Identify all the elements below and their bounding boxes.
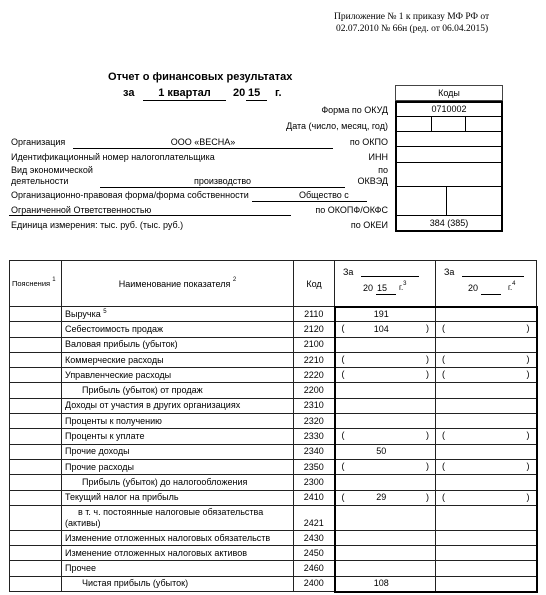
indicator-name: Себестоимость продаж — [62, 322, 294, 337]
previous-period-value[interactable]: () — [436, 352, 537, 367]
col2-year-prefix: 20 — [468, 283, 478, 293]
period-underline — [143, 100, 226, 101]
indicator-name: Проценты к уплате — [62, 429, 294, 444]
previous-period-value[interactable]: () — [436, 429, 537, 444]
indicator-code: 2200 — [294, 383, 335, 398]
current-period-value[interactable]: () — [335, 368, 436, 383]
table-row: Себестоимость продаж2120()104() — [10, 322, 537, 337]
previous-period-value[interactable]: () — [436, 459, 537, 474]
okud-label: Форма по ОКУД — [321, 105, 388, 115]
table-row: Чистая прибыль (убыток)2400108 — [10, 576, 537, 591]
inn-label: Идентификационный номер налогоплательщик… — [11, 152, 215, 162]
notes-cell[interactable] — [10, 444, 62, 459]
cell-value: 29 — [376, 492, 386, 502]
report-year: 15 — [248, 87, 260, 99]
paren-open: ( — [342, 491, 345, 504]
notes-cell[interactable] — [10, 576, 62, 591]
indicator-code: 2110 — [294, 307, 335, 322]
date-label: Дата (число, месяц, год) — [286, 121, 388, 131]
current-period-value[interactable]: 50 — [335, 444, 436, 459]
inn-code-label: ИНН — [369, 152, 388, 162]
table-row: Доходы от участия в других организациях2… — [10, 398, 537, 413]
indicator-name: Проценты к получению — [62, 414, 294, 429]
codes-frame — [395, 101, 503, 232]
previous-period-value[interactable] — [436, 398, 537, 413]
year-underline — [246, 100, 267, 101]
notes-cell[interactable] — [10, 414, 62, 429]
previous-period-value[interactable] — [436, 414, 537, 429]
date-month-cell[interactable] — [465, 116, 466, 131]
paren-close: ) — [426, 491, 429, 504]
previous-period-value[interactable] — [436, 444, 537, 459]
indicator-name: Чистая прибыль (убыток) — [62, 576, 294, 591]
header-current-period: За 20 15 г.3 — [335, 261, 436, 307]
paren-close: ) — [426, 353, 429, 366]
indicator-name: в т. ч. постоянные налоговые обязательст… — [62, 505, 294, 530]
current-period-value[interactable]: () — [335, 352, 436, 367]
previous-period-value[interactable] — [436, 337, 537, 352]
activity-label-2: деятельности — [11, 176, 68, 186]
previous-period-value[interactable] — [436, 530, 537, 545]
paren-open: ( — [442, 368, 445, 381]
okved-cell — [397, 186, 501, 187]
cell-value: 104 — [374, 324, 389, 334]
indicator-name: Изменение отложенных налоговых обязатель… — [62, 530, 294, 545]
header-notes: Пояснения 1 — [10, 261, 62, 307]
table-row: Прочее2460 — [10, 561, 537, 576]
paren-close: ) — [527, 368, 530, 381]
cell-value: 191 — [374, 309, 389, 319]
previous-period-value[interactable] — [436, 307, 537, 322]
okei-label: по ОКЕИ — [351, 220, 388, 230]
year-suffix: г. — [275, 87, 282, 99]
codes-header-cell: Коды — [395, 85, 503, 101]
notes-cell[interactable] — [10, 398, 62, 413]
notes-cell[interactable] — [10, 352, 62, 367]
legal-form-value-1[interactable]: Общество с — [299, 190, 349, 200]
col1-prefix: За — [343, 267, 353, 277]
indicator-name: Управленческие расходы — [62, 368, 294, 383]
indicator-name: Коммерческие расходы — [62, 352, 294, 367]
period-prefix: за — [123, 87, 134, 99]
indicator-code: 2421 — [294, 505, 335, 530]
indicator-code: 2460 — [294, 561, 335, 576]
paren-open: ( — [442, 353, 445, 366]
table-body: Выручка 52110191Себестоимость продаж2120… — [10, 307, 537, 592]
previous-period-value[interactable]: () — [436, 322, 537, 337]
previous-period-value[interactable] — [436, 383, 537, 398]
financial-results-table: Пояснения 1 Наименование показателя 2 Ко… — [9, 260, 538, 593]
paren-open: ( — [342, 353, 345, 366]
indicator-name: Выручка 5 — [62, 307, 294, 322]
indicator-code: 2220 — [294, 368, 335, 383]
inn-cell — [397, 162, 501, 163]
indicator-name: Валовая прибыль (убыток) — [62, 337, 294, 352]
indicator-code: 2340 — [294, 444, 335, 459]
table-row: Изменение отложенных налоговых активов24… — [10, 546, 537, 561]
okud-value[interactable]: 0710002 — [397, 104, 501, 114]
activity-label-1: Вид экономической — [11, 165, 93, 175]
notes-cell[interactable] — [10, 475, 62, 490]
notes-cell[interactable] — [10, 546, 62, 561]
indicator-name: Прочие доходы — [62, 444, 294, 459]
paren-open: ( — [342, 322, 345, 335]
table-row: в т. ч. постоянные налоговые обязательст… — [10, 505, 537, 530]
unit-label: Единица измерения: тыс. руб. (тыс. руб.) — [11, 220, 183, 230]
appendix-line-1: Приложение № 1 к приказу МФ РФ от — [334, 12, 489, 22]
header-indicator-name: Наименование показателя 2 — [62, 261, 294, 307]
org-value[interactable]: ООО «ВЕСНА» — [73, 137, 333, 147]
okei-value[interactable]: 384 (385) — [397, 218, 501, 228]
indicator-code: 2210 — [294, 352, 335, 367]
okopf-label: по ОКОПФ/ОКФС — [315, 205, 388, 215]
notes-cell[interactable] — [10, 429, 62, 444]
legal-form-label: Организационно-правовая форма/форма собс… — [11, 190, 249, 200]
okved-label-2: ОКВЭД — [357, 176, 388, 186]
previous-period-value[interactable] — [436, 561, 537, 576]
previous-period-value[interactable] — [436, 475, 537, 490]
col1-suffix: г.3 — [399, 283, 407, 292]
notes-cell[interactable] — [10, 561, 62, 576]
table-row: Проценты к получению2320 — [10, 414, 537, 429]
table-row: Прибыль (убыток) до налогообложения2300 — [10, 475, 537, 490]
paren-close: ) — [527, 322, 530, 335]
current-period-value[interactable]: 108 — [335, 576, 436, 591]
okved-label-1: по — [378, 165, 388, 175]
current-period-value[interactable]: ()29 — [335, 490, 436, 505]
current-period-value[interactable] — [335, 475, 436, 490]
current-period-value[interactable] — [335, 546, 436, 561]
current-period-value[interactable]: () — [335, 459, 436, 474]
okpo-cell — [397, 146, 501, 147]
current-period-value[interactable] — [335, 530, 436, 545]
indicator-code: 2300 — [294, 475, 335, 490]
paren-close: ) — [527, 429, 530, 442]
table-row: Коммерческие расходы2210()() — [10, 352, 537, 367]
table-row: Изменение отложенных налоговых обязатель… — [10, 530, 537, 545]
notes-cell[interactable] — [10, 490, 62, 505]
paren-close: ) — [426, 368, 429, 381]
indicator-code: 2350 — [294, 459, 335, 474]
paren-close: ) — [426, 460, 429, 473]
org-label: Организация — [11, 137, 65, 147]
previous-period-value[interactable] — [436, 576, 537, 591]
indicator-name: Доходы от участия в других организациях — [62, 398, 294, 413]
okpo-label: по ОКПО — [350, 137, 388, 147]
current-period-value[interactable] — [335, 383, 436, 398]
paren-open: ( — [442, 491, 445, 504]
indicator-code: 2410 — [294, 490, 335, 505]
paren-open: ( — [442, 322, 445, 335]
header-code: Код — [294, 261, 335, 307]
indicator-code: 2100 — [294, 337, 335, 352]
indicator-name: Прибыль (убыток) до налогообложения — [62, 475, 294, 490]
table-row: Прочие доходы234050 — [10, 444, 537, 459]
indicator-name: Прочее — [62, 561, 294, 576]
notes-cell[interactable] — [10, 368, 62, 383]
notes-cell[interactable] — [10, 307, 62, 322]
col1-year[interactable]: 15 — [377, 283, 387, 293]
notes-cell[interactable] — [10, 337, 62, 352]
col2-suffix: г.4 — [508, 283, 516, 292]
indicator-code: 2400 — [294, 576, 335, 591]
paren-open: ( — [342, 460, 345, 473]
indicator-code: 2120 — [294, 322, 335, 337]
table-row: Прибыль (убыток) от продаж2200 — [10, 383, 537, 398]
notes-cell[interactable] — [10, 459, 62, 474]
current-period-value[interactable] — [335, 398, 436, 413]
indicator-name: Прибыль (убыток) от продаж — [62, 383, 294, 398]
indicator-name: Текущий налог на прибыль — [62, 490, 294, 505]
table-row: Прочие расходы2350()() — [10, 459, 537, 474]
notes-cell[interactable] — [10, 530, 62, 545]
table-row: Валовая прибыль (убыток)2100 — [10, 337, 537, 352]
table-header-row: Пояснения 1 Наименование показателя 2 Ко… — [10, 261, 537, 307]
paren-close: ) — [527, 460, 530, 473]
date-day-cell[interactable] — [431, 116, 432, 131]
indicator-code: 2320 — [294, 414, 335, 429]
legal-form-value-2[interactable]: Ограниченной Ответственностью — [11, 205, 151, 215]
codes-header: Коды — [438, 88, 460, 98]
current-period-value[interactable] — [335, 414, 436, 429]
previous-period-value[interactable]: () — [436, 490, 537, 505]
table-row: Проценты к уплате2330()() — [10, 429, 537, 444]
paren-open: ( — [342, 368, 345, 381]
report-period: 1 квартал — [143, 87, 226, 99]
paren-open: ( — [342, 429, 345, 442]
header-previous-period: За 20 г.4 — [436, 261, 537, 307]
indicator-code: 2450 — [294, 546, 335, 561]
notes-cell[interactable] — [10, 322, 62, 337]
appendix-line-2: 02.07.2010 № 66н (ред. от 06.04.2015) — [336, 24, 488, 34]
paren-close: ) — [527, 353, 530, 366]
report-title: Отчет о финансовых результатах — [108, 71, 292, 83]
table-row: Текущий налог на прибыль2410()29() — [10, 490, 537, 505]
indicator-code: 2430 — [294, 530, 335, 545]
col1-year-prefix: 20 — [363, 283, 373, 293]
indicator-name: Изменение отложенных налоговых активов — [62, 546, 294, 561]
indicator-name: Прочие расходы — [62, 459, 294, 474]
current-period-value[interactable]: () — [335, 429, 436, 444]
table-row: Выручка 52110191 — [10, 307, 537, 322]
year-prefix: 20 — [233, 87, 245, 99]
paren-close: ) — [426, 429, 429, 442]
paren-close: ) — [426, 322, 429, 335]
indicator-code: 2310 — [294, 398, 335, 413]
previous-period-value[interactable] — [436, 546, 537, 561]
previous-period-value[interactable] — [436, 505, 537, 530]
cell-value: 50 — [376, 446, 386, 456]
notes-cell[interactable] — [10, 505, 62, 530]
indicator-code: 2330 — [294, 429, 335, 444]
current-period-value[interactable] — [335, 337, 436, 352]
current-period-value[interactable] — [335, 505, 436, 530]
cell-value: 108 — [374, 578, 389, 588]
paren-close: ) — [527, 491, 530, 504]
activity-value[interactable]: производство — [100, 176, 345, 186]
col2-prefix: За — [444, 267, 454, 277]
table-row: Управленческие расходы2220()() — [10, 368, 537, 383]
paren-open: ( — [442, 429, 445, 442]
notes-cell[interactable] — [10, 383, 62, 398]
current-period-value[interactable]: 191 — [335, 307, 436, 322]
paren-open: ( — [442, 460, 445, 473]
previous-period-value[interactable]: () — [436, 368, 537, 383]
current-period-value[interactable]: ()104 — [335, 322, 436, 337]
okopf-okfs-divider — [446, 186, 447, 215]
current-period-value[interactable] — [335, 561, 436, 576]
